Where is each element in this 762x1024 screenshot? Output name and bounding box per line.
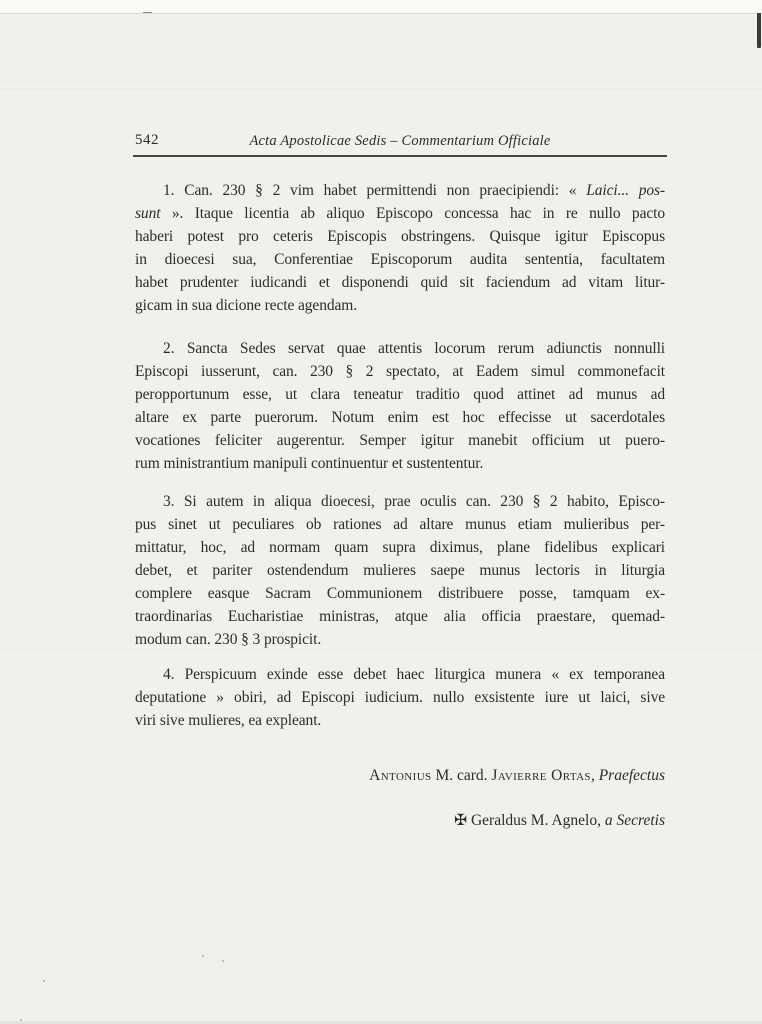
text-line: complere easque Sacram Communionem distr… — [135, 582, 665, 605]
text-line: pus sinet ut peculiares ob rationes ad a… — [135, 513, 665, 536]
text-segment: 2. Sancta Sedes servat quae attentis loc… — [163, 340, 665, 357]
text-line: peropportunum esse, ut clara teneatur tr… — [135, 383, 665, 406]
text-segment: haberi potest pro ceteris Episcopis obst… — [135, 228, 665, 245]
header-rule — [133, 155, 667, 157]
text-line: 4. Perspicuum exinde esse debet haec lit… — [135, 663, 665, 686]
text-segment: pus sinet ut peculiares ob rationes ad a… — [135, 516, 665, 533]
text-segment: 3. Si autem in aliqua dioecesi, prae ocu… — [163, 493, 665, 510]
scanned-document-page: 542 Acta Apostolicae Sedis – Commentariu… — [0, 0, 762, 1024]
paper-crease — [0, 87, 762, 90]
text-segment: Javierre Ortas — [491, 767, 591, 784]
text-line: 1. Can. 230 § 2 vim habet permittendi no… — [135, 179, 665, 202]
text-segment: altare ex parte puerorum. Notum enim est… — [135, 409, 665, 426]
paragraph: 3. Si autem in aliqua dioecesi, prae ocu… — [135, 490, 665, 651]
text-line: habet prudenter iudicandi et disponendi … — [135, 271, 665, 294]
text-segment: sunt — [135, 205, 160, 222]
paragraph: 2. Sancta Sedes servat quae attentis loc… — [135, 337, 665, 475]
paper-speck — [202, 955, 204, 957]
text-line: 2. Sancta Sedes servat quae attentis loc… — [135, 337, 665, 360]
body-text: 1. Can. 230 § 2 vim habet permittendi no… — [135, 179, 665, 732]
text-line: gicam in sua dicione recte agendam. — [135, 294, 665, 317]
text-segment: a Secretis — [605, 812, 665, 829]
text-segment: complere easque Sacram Communionem distr… — [135, 585, 665, 602]
text-segment: viri sive mulieres, ea expleant. — [135, 712, 321, 729]
text-segment: 1. Can. 230 § 2 vim habet permittendi no… — [163, 182, 586, 199]
text-line: traordinarias Eucharistiae ministras, at… — [135, 605, 665, 628]
text-segment: Praefectus — [599, 767, 665, 784]
text-segment: vocationes feliciter augerentur. Semper … — [135, 432, 665, 449]
text-line: haberi potest pro ceteris Episcopis obst… — [135, 225, 665, 248]
text-line: in dioecesi sua, Conferentiae Episcoporu… — [135, 248, 665, 271]
text-line: altare ex parte puerorum. Notum enim est… — [135, 406, 665, 429]
text-segment: traordinarias Eucharistiae ministras, at… — [135, 608, 665, 625]
text-line: deputatione » obiri, ad Episcopi iudiciu… — [135, 686, 665, 709]
text-segment: in dioecesi sua, Conferentiae Episcoporu… — [135, 251, 665, 268]
scan-seam-mark — [143, 12, 152, 13]
signature-prefect: Antonius M. card. Javierre Ortas, Praefe… — [135, 764, 665, 787]
text-line: 3. Si autem in aliqua dioecesi, prae ocu… — [135, 490, 665, 513]
journal-title: Acta Apostolicae Sedis – Commentarium Of… — [135, 130, 665, 150]
text-segment: deputatione » obiri, ad Episcopi iudiciu… — [135, 689, 665, 706]
text-segment: Episcopi iusserunt, can. 230 § 2 spectat… — [135, 363, 665, 380]
text-line: sunt ». Itaque licentia ab aliquo Episco… — [135, 202, 665, 225]
text-segment: gicam in sua dicione recte agendam. — [135, 297, 357, 314]
paragraph: 4. Perspicuum exinde esse debet haec lit… — [135, 663, 665, 732]
text-line: modum can. 230 § 3 prospicit. — [135, 628, 665, 651]
text-segment: M. card. — [432, 767, 492, 784]
running-header: 542 Acta Apostolicae Sedis – Commentariu… — [135, 130, 665, 154]
paper-speck — [43, 980, 45, 982]
text-segment: rum ministrantium manipuli continuentur … — [135, 455, 483, 472]
scan-top-edge — [0, 0, 762, 14]
text-line: vocationes feliciter augerentur. Semper … — [135, 429, 665, 452]
text-segment: mittatur, hoc, ad normam quam supra dixi… — [135, 539, 665, 556]
text-segment: Geraldus M. Agnelo, — [471, 812, 605, 829]
text-segment: peropportunum esse, ut clara teneatur tr… — [135, 386, 665, 403]
text-line: Episcopi iusserunt, can. 230 § 2 spectat… — [135, 360, 665, 383]
text-segment: Antonius — [369, 767, 431, 784]
text-line: debet, et pariter ostendendum mulieres s… — [135, 559, 665, 582]
paper-speck — [222, 960, 224, 962]
text-segment: 4. Perspicuum exinde esse debet haec lit… — [163, 666, 665, 683]
text-segment: ». Itaque licentia ab aliquo Episcopo co… — [160, 205, 665, 222]
text-line: mittatur, hoc, ad normam quam supra dixi… — [135, 536, 665, 559]
text-line: rum ministrantium manipuli continuentur … — [135, 452, 665, 475]
text-segment: habet prudenter iudicandi et disponendi … — [135, 274, 665, 291]
signature-block: Antonius M. card. Javierre Ortas, Praefe… — [135, 764, 665, 832]
text-segment: Laici... pos- — [586, 182, 665, 199]
paper-speck — [20, 1019, 22, 1021]
scanner-edge-mark — [757, 13, 761, 48]
text-segment: debet, et pariter ostendendum mulieres s… — [135, 562, 665, 579]
signature-secretary: ✠ Geraldus M. Agnelo, a Secretis — [135, 809, 665, 832]
page-number: 542 — [135, 132, 159, 149]
cross-icon: ✠ — [454, 812, 471, 829]
text-segment: modum can. 230 § 3 prospicit. — [135, 631, 321, 648]
text-segment: , — [591, 767, 599, 784]
paragraph: 1. Can. 230 § 2 vim habet permittendi no… — [135, 179, 665, 317]
text-line: viri sive mulieres, ea expleant. — [135, 709, 665, 732]
